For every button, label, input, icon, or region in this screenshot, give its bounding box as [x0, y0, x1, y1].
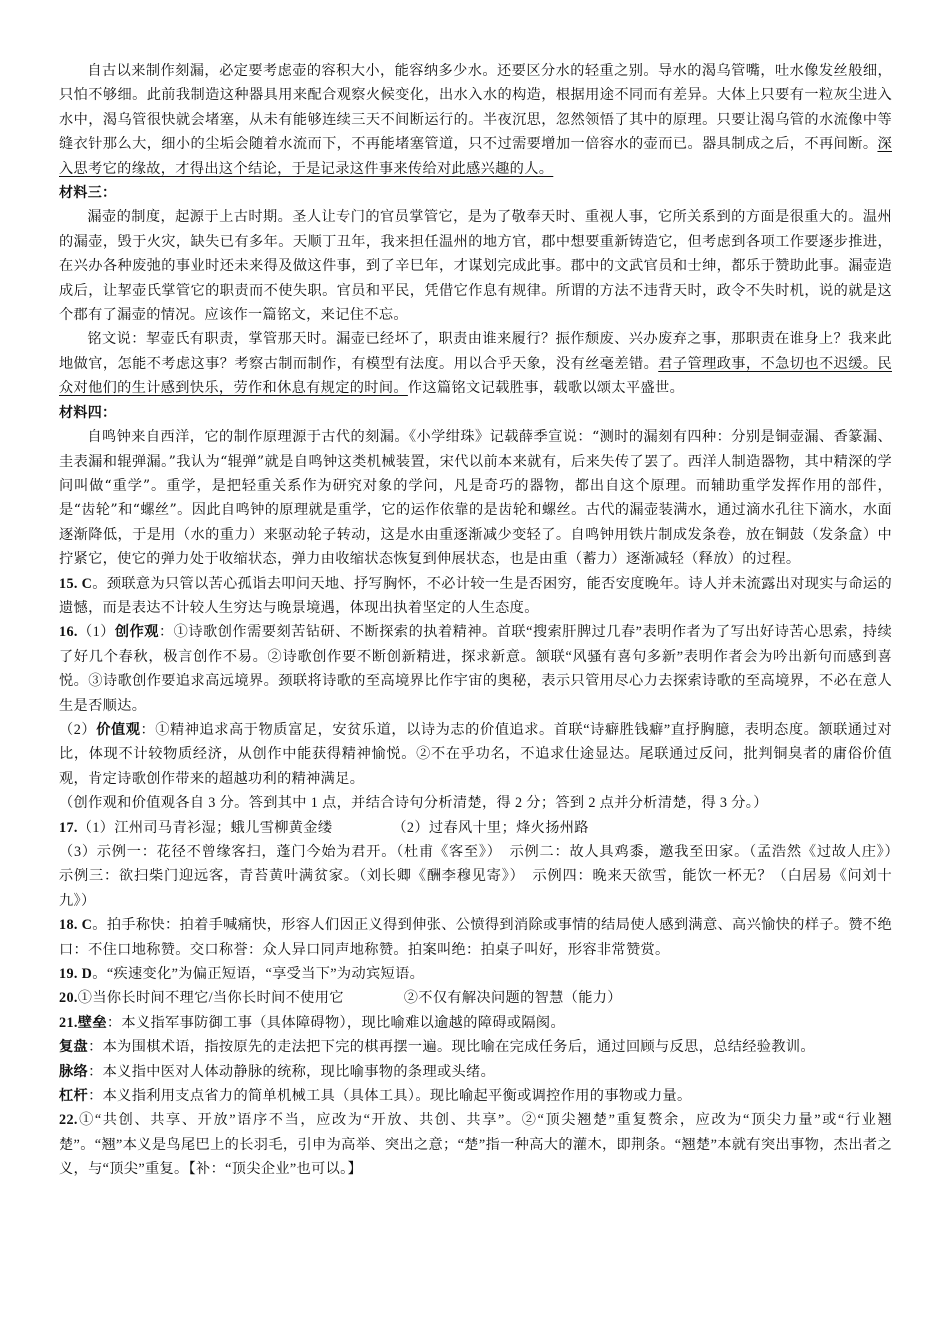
- term: 脉络: [59, 1064, 88, 1080]
- answer-21-item-2: 复盘：本为围棋术语，指按原先的走法把下完的棋再摆一遍。现比喻在完成任务后，通过回…: [59, 1035, 892, 1059]
- answer-part2: ②不仅有解决问题的智慧（能力）: [404, 990, 622, 1006]
- term-definition: ：本义指利用支点省力的简单机械工具（具体工具）。现比喻起平衡或调控作用的事物或力…: [88, 1088, 691, 1104]
- material3-heading: 材料三：: [59, 181, 892, 205]
- term-definition: ：本义指军事防御工事（具体障碍物），现比喻难以逾越的障碍或隔阂。: [107, 1015, 565, 1031]
- answer-number: 19. D: [59, 966, 92, 982]
- answer-22: 22.①“共创、共享、开放”语序不当，应改为“开放、共创、共享”。②“顶尖翘楚”…: [59, 1108, 892, 1181]
- answer-text: ①“共创、共享、开放”语序不当，应改为“开放、共创、共享”。②“顶尖翘楚”重复赘…: [59, 1112, 892, 1177]
- part-label: 创作观: [115, 624, 159, 640]
- answer-17-line1: 17.（1）江州司马青衫湿；蛾儿雪柳黄金缕（2）过春风十里；烽火扬州路: [59, 816, 892, 840]
- material3-paragraph-2: 铭文说：挈壶氏有职责，掌管那天时。漏壶已经坏了，职责由谁来履行？振作颓废、兴办废…: [59, 327, 892, 400]
- answer-number: 17.: [59, 820, 78, 836]
- material2-paragraph: 自古以来制作刻漏，必定要考虑壶的容积大小，能容纳多少水。还要区分水的轻重之别。导…: [59, 59, 892, 181]
- answer-part2: （2）过春风十里；烽火扬州路: [392, 820, 588, 836]
- part-label: 价值观: [96, 722, 140, 738]
- part-prefix: （2）: [59, 722, 96, 738]
- material4-paragraph: 自鸣钟来自西洋，它的制作原理源于古代的刻漏。《小学绀珠》记载薛季宣说：“测时的漏…: [59, 425, 892, 571]
- inscription-text-end: 作这篇铭文记载胜事，载歌以颂太平盛世。: [408, 380, 684, 396]
- answer-21-item-4: 杠杆：本义指利用支点省力的简单机械工具（具体工具）。现比喻起平衡或调控作用的事物…: [59, 1084, 892, 1108]
- answer-19: 19. D。“疾速变化”为偏正短语，“享受当下”为动宾短语。: [59, 962, 892, 986]
- answer-16-part2: （2）价值观：①精神追求高于物质富足，安贫乐道，以诗为志的价值追求。首联“诗癖胜…: [59, 718, 892, 791]
- answer-text: 。拍手称快：拍着手喊痛快，形容人们因正义得到伸张、公愤得到消除或事情的结局使人感…: [59, 917, 892, 957]
- answer-text: 。颈联意为只管以苦心孤诣去叩问天地、抒写胸怀，不必计较一生是否困穷，能否安度晚年…: [59, 576, 892, 616]
- answer-number: 15. C: [59, 576, 92, 592]
- part-prefix: （1）: [78, 624, 115, 640]
- term: 复盘: [59, 1039, 88, 1055]
- answer-16-scoring: （创作观和价值观各自 3 分。答到其中 1 点，并结合诗句分析清楚，得 2 分；…: [59, 791, 892, 815]
- answer-part1: ①当你长时间不理它/当你长时间不使用它: [78, 990, 344, 1006]
- document-page: 自古以来制作刻漏，必定要考虑壶的容积大小，能容纳多少水。还要区分水的轻重之别。导…: [59, 59, 892, 1182]
- term-definition: ：本义指中医对人体动静脉的统称，现比喻事物的条理或头绪。: [88, 1064, 495, 1080]
- term: 壁垒: [78, 1015, 107, 1031]
- answer-21-item-1: 21.壁垒：本义指军事防御工事（具体障碍物），现比喻难以逾越的障碍或隔阂。: [59, 1011, 892, 1035]
- answer-text: ：①精神追求高于物质富足，安贫乐道，以诗为志的价值追求。首联“诗癖胜钱癖”直抒胸…: [59, 722, 892, 787]
- answer-number: 18. C: [59, 917, 92, 933]
- answer-15: 15. C。颈联意为只管以苦心孤诣去叩问天地、抒写胸怀，不必计较一生是否困穷，能…: [59, 572, 892, 621]
- material4-heading: 材料四：: [59, 401, 892, 425]
- material3-paragraph-1: 漏壶的制度，起源于上古时期。圣人让专门的官员掌管它，是为了敬奉天时、重视人事，它…: [59, 205, 892, 327]
- answer-text: ：①诗歌创作需要刻苦钻研、不断探索的执着精神。首联“搜索肝脾过几春”表明作者为了…: [59, 624, 892, 713]
- answer-18: 18. C。拍手称快：拍着手喊痛快，形容人们因正义得到伸张、公愤得到消除或事情的…: [59, 913, 892, 962]
- answer-16-part1: 16.（1）创作观：①诗歌创作需要刻苦钻研、不断探索的执着精神。首联“搜索肝脾过…: [59, 620, 892, 718]
- answer-number: 16.: [59, 624, 78, 640]
- answer-part1: （1）江州司马青衫湿；蛾儿雪柳黄金缕: [78, 820, 333, 836]
- answer-number: 21.: [59, 1015, 78, 1031]
- term-definition: ：本为围棋术语，指按原先的走法把下完的棋再摆一遍。现比喻在完成任务后，通过回顾与…: [88, 1039, 815, 1055]
- answer-21-item-3: 脉络：本义指中医对人体动静脉的统称，现比喻事物的条理或头绪。: [59, 1060, 892, 1084]
- answer-number: 20.: [59, 990, 78, 1006]
- term: 杠杆: [59, 1088, 88, 1104]
- material2-text: 自古以来制作刻漏，必定要考虑壶的容积大小，能容纳多少水。还要区分水的轻重之别。导…: [59, 63, 892, 152]
- answer-17-line2: （3）示例一：花径不曾缘客扫，蓬门今始为君开。（杜甫《客至》） 示例二：故人具鸡…: [59, 840, 892, 913]
- answer-20: 20.①当你长时间不理它/当你长时间不使用它②不仅有解决问题的智慧（能力）: [59, 986, 892, 1010]
- answer-number: 22.: [59, 1112, 78, 1128]
- answer-text: 。“疾速变化”为偏正短语，“享受当下”为动宾短语。: [92, 966, 424, 982]
- answer-section: 15. C。颈联意为只管以苦心孤诣去叩问天地、抒写胸怀，不必计较一生是否困穷，能…: [59, 572, 892, 1182]
